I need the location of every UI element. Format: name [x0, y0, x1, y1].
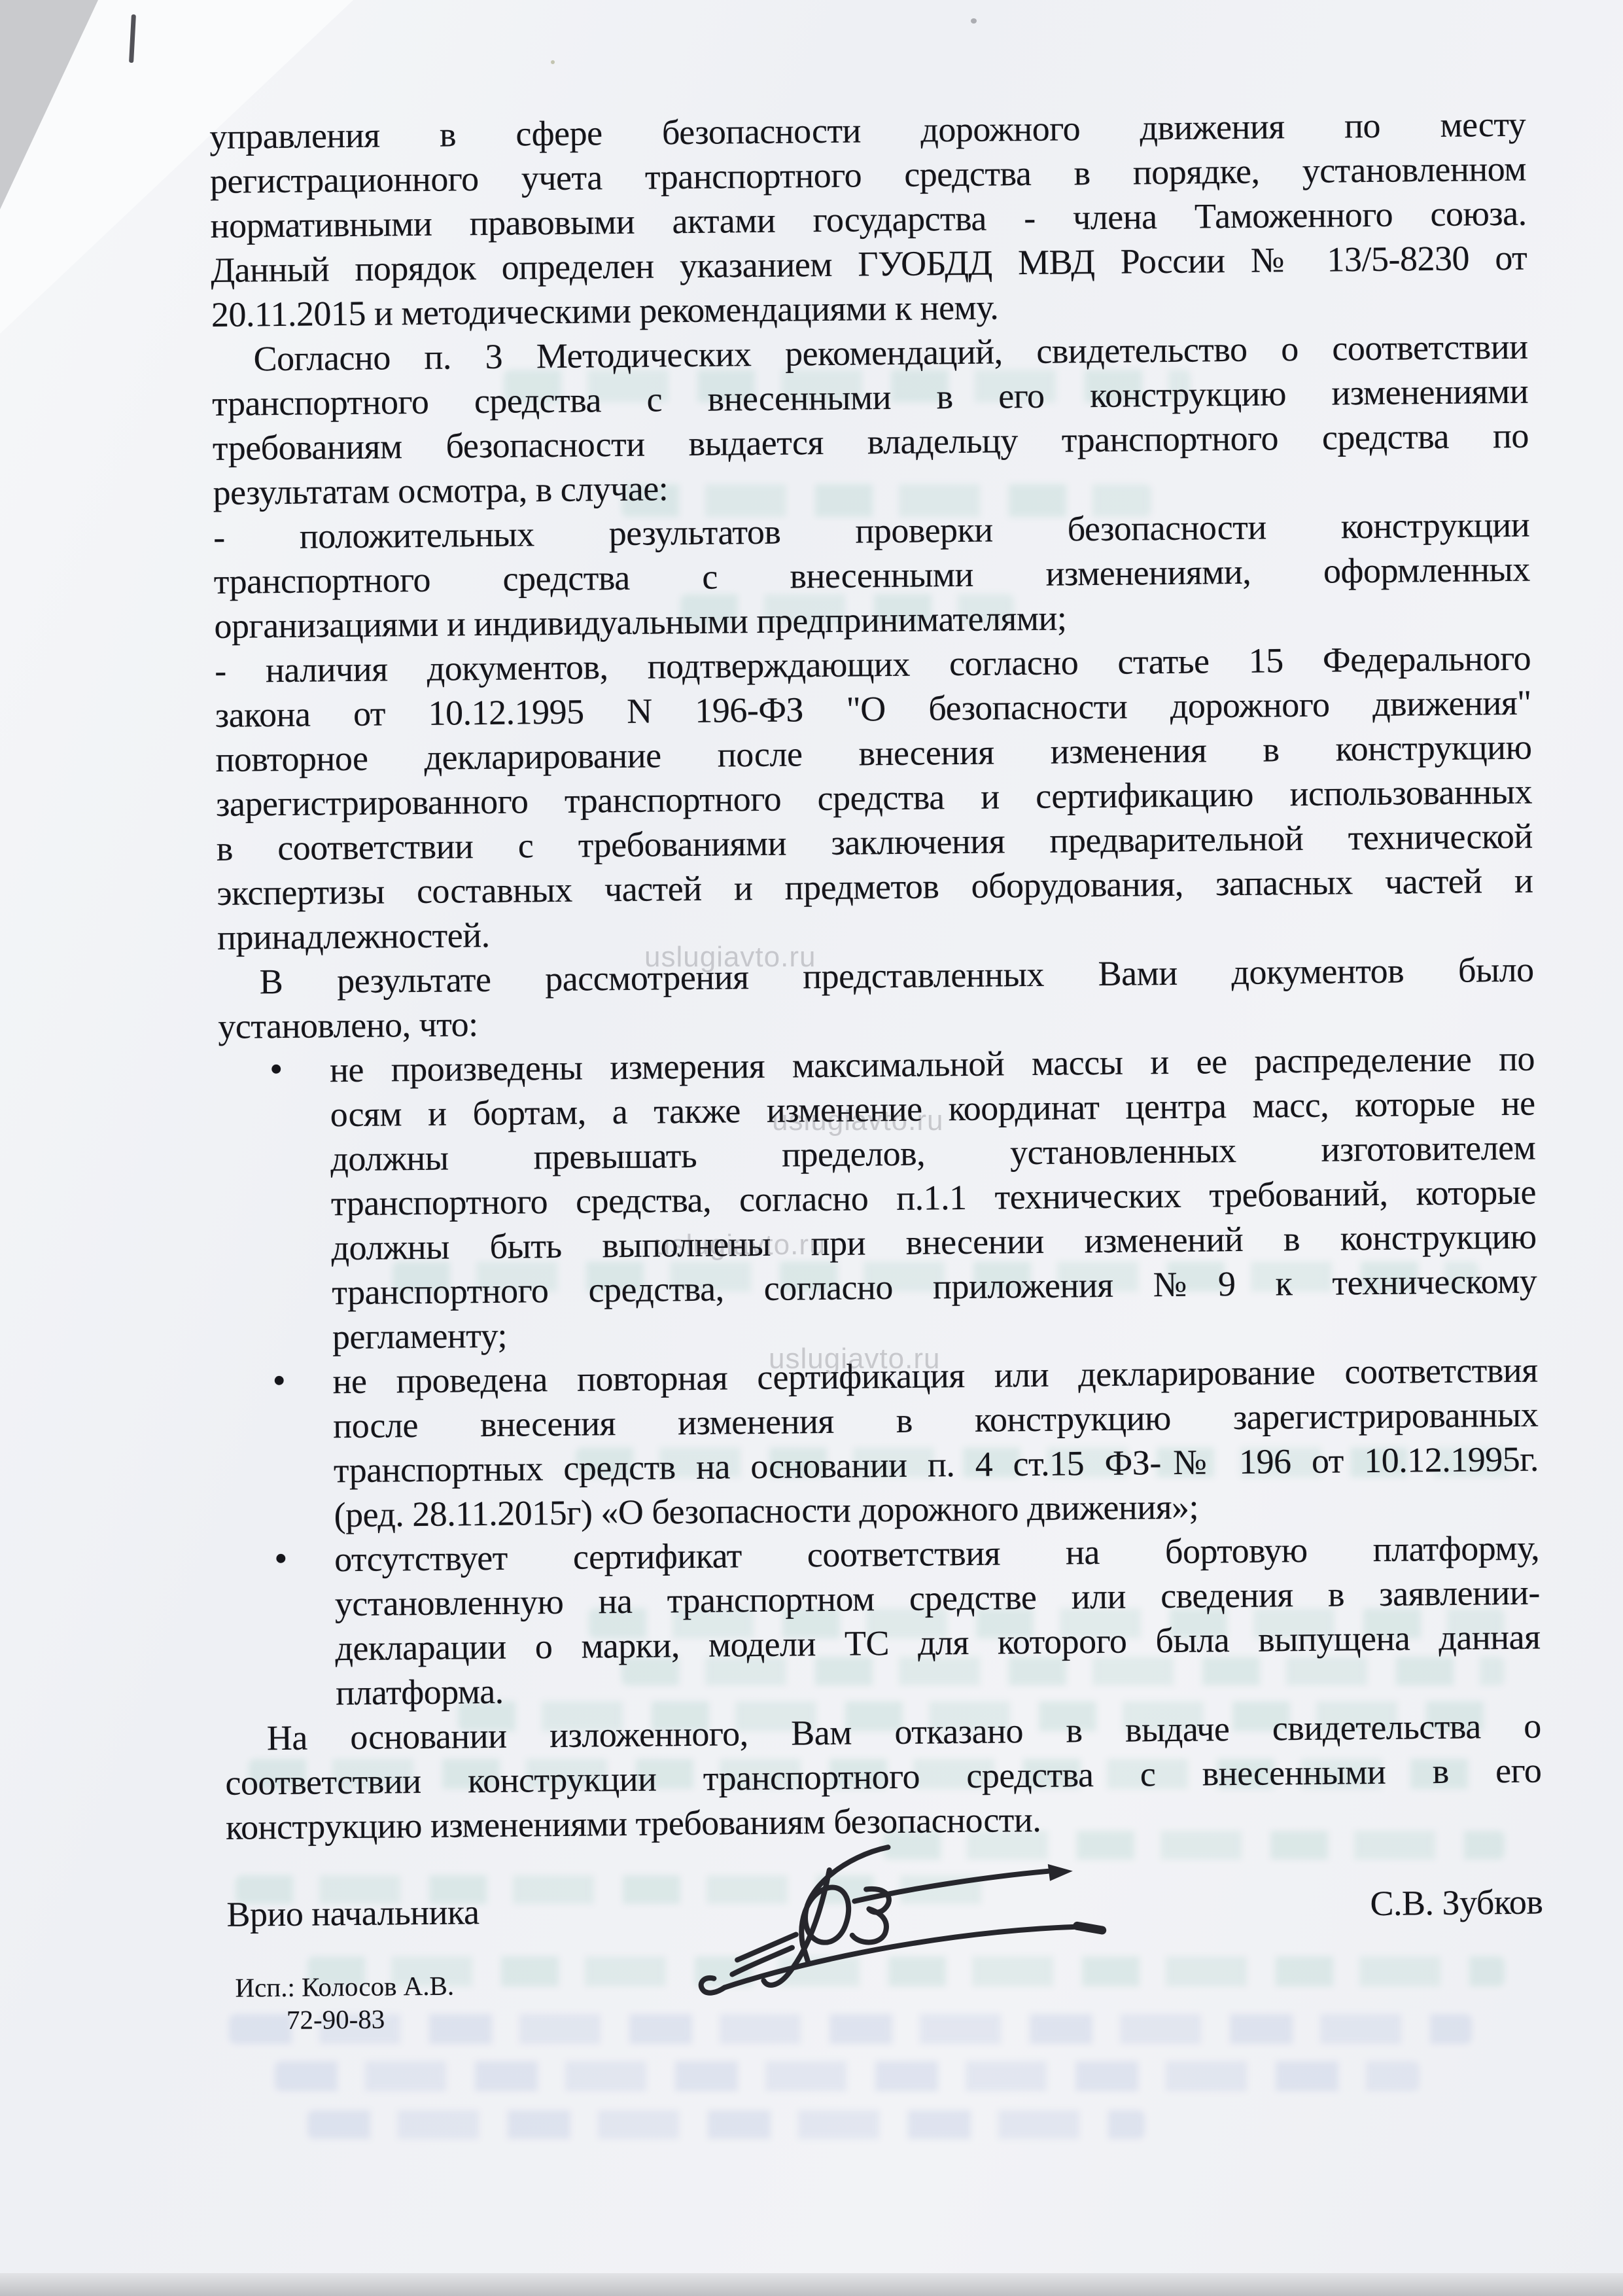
signature-scribble [657, 1807, 1130, 2028]
dash-list-item: - положительных результатов проверки без… [213, 503, 1531, 648]
body-paragraph: В результате рассмотрения представленных… [217, 947, 1534, 1049]
bullet-icon: • [272, 1360, 285, 1404]
scan-speck [971, 18, 977, 24]
bullet-icon: • [274, 1538, 287, 1582]
body-paragraph: управления в сфере безопасности дорожног… [209, 102, 1527, 337]
dash-list-item: - наличия документов, подтверждающих сог… [215, 636, 1533, 960]
scan-speck [551, 60, 555, 64]
bullet-list-item: • не проведена повторная сертификация ил… [221, 1348, 1539, 1538]
scan-bottom-edge [0, 2273, 1623, 2296]
signer-position-title: Врио начальника [226, 1890, 480, 1937]
bleedthrough-row [275, 2061, 1420, 2091]
bullet-icon: • [270, 1048, 283, 1093]
bullet-list-item: • не произведены измерения максимальной … [218, 1036, 1537, 1360]
body-paragraph: Согласно п. 3 Методических рекомендаций,… [211, 325, 1529, 515]
signer-name: С.В. Зубков [1370, 1880, 1543, 1926]
bullet-list-item: • отсутствует сертификат соответствия на… [223, 1526, 1541, 1716]
bleedthrough-row [307, 2110, 1145, 2139]
scanned-letter-page: uslugiavto.ru uslugiavto.ru uslugiavto.r… [0, 0, 1623, 2296]
letter-body: управления в сфере безопасности дорожног… [209, 102, 1544, 2037]
